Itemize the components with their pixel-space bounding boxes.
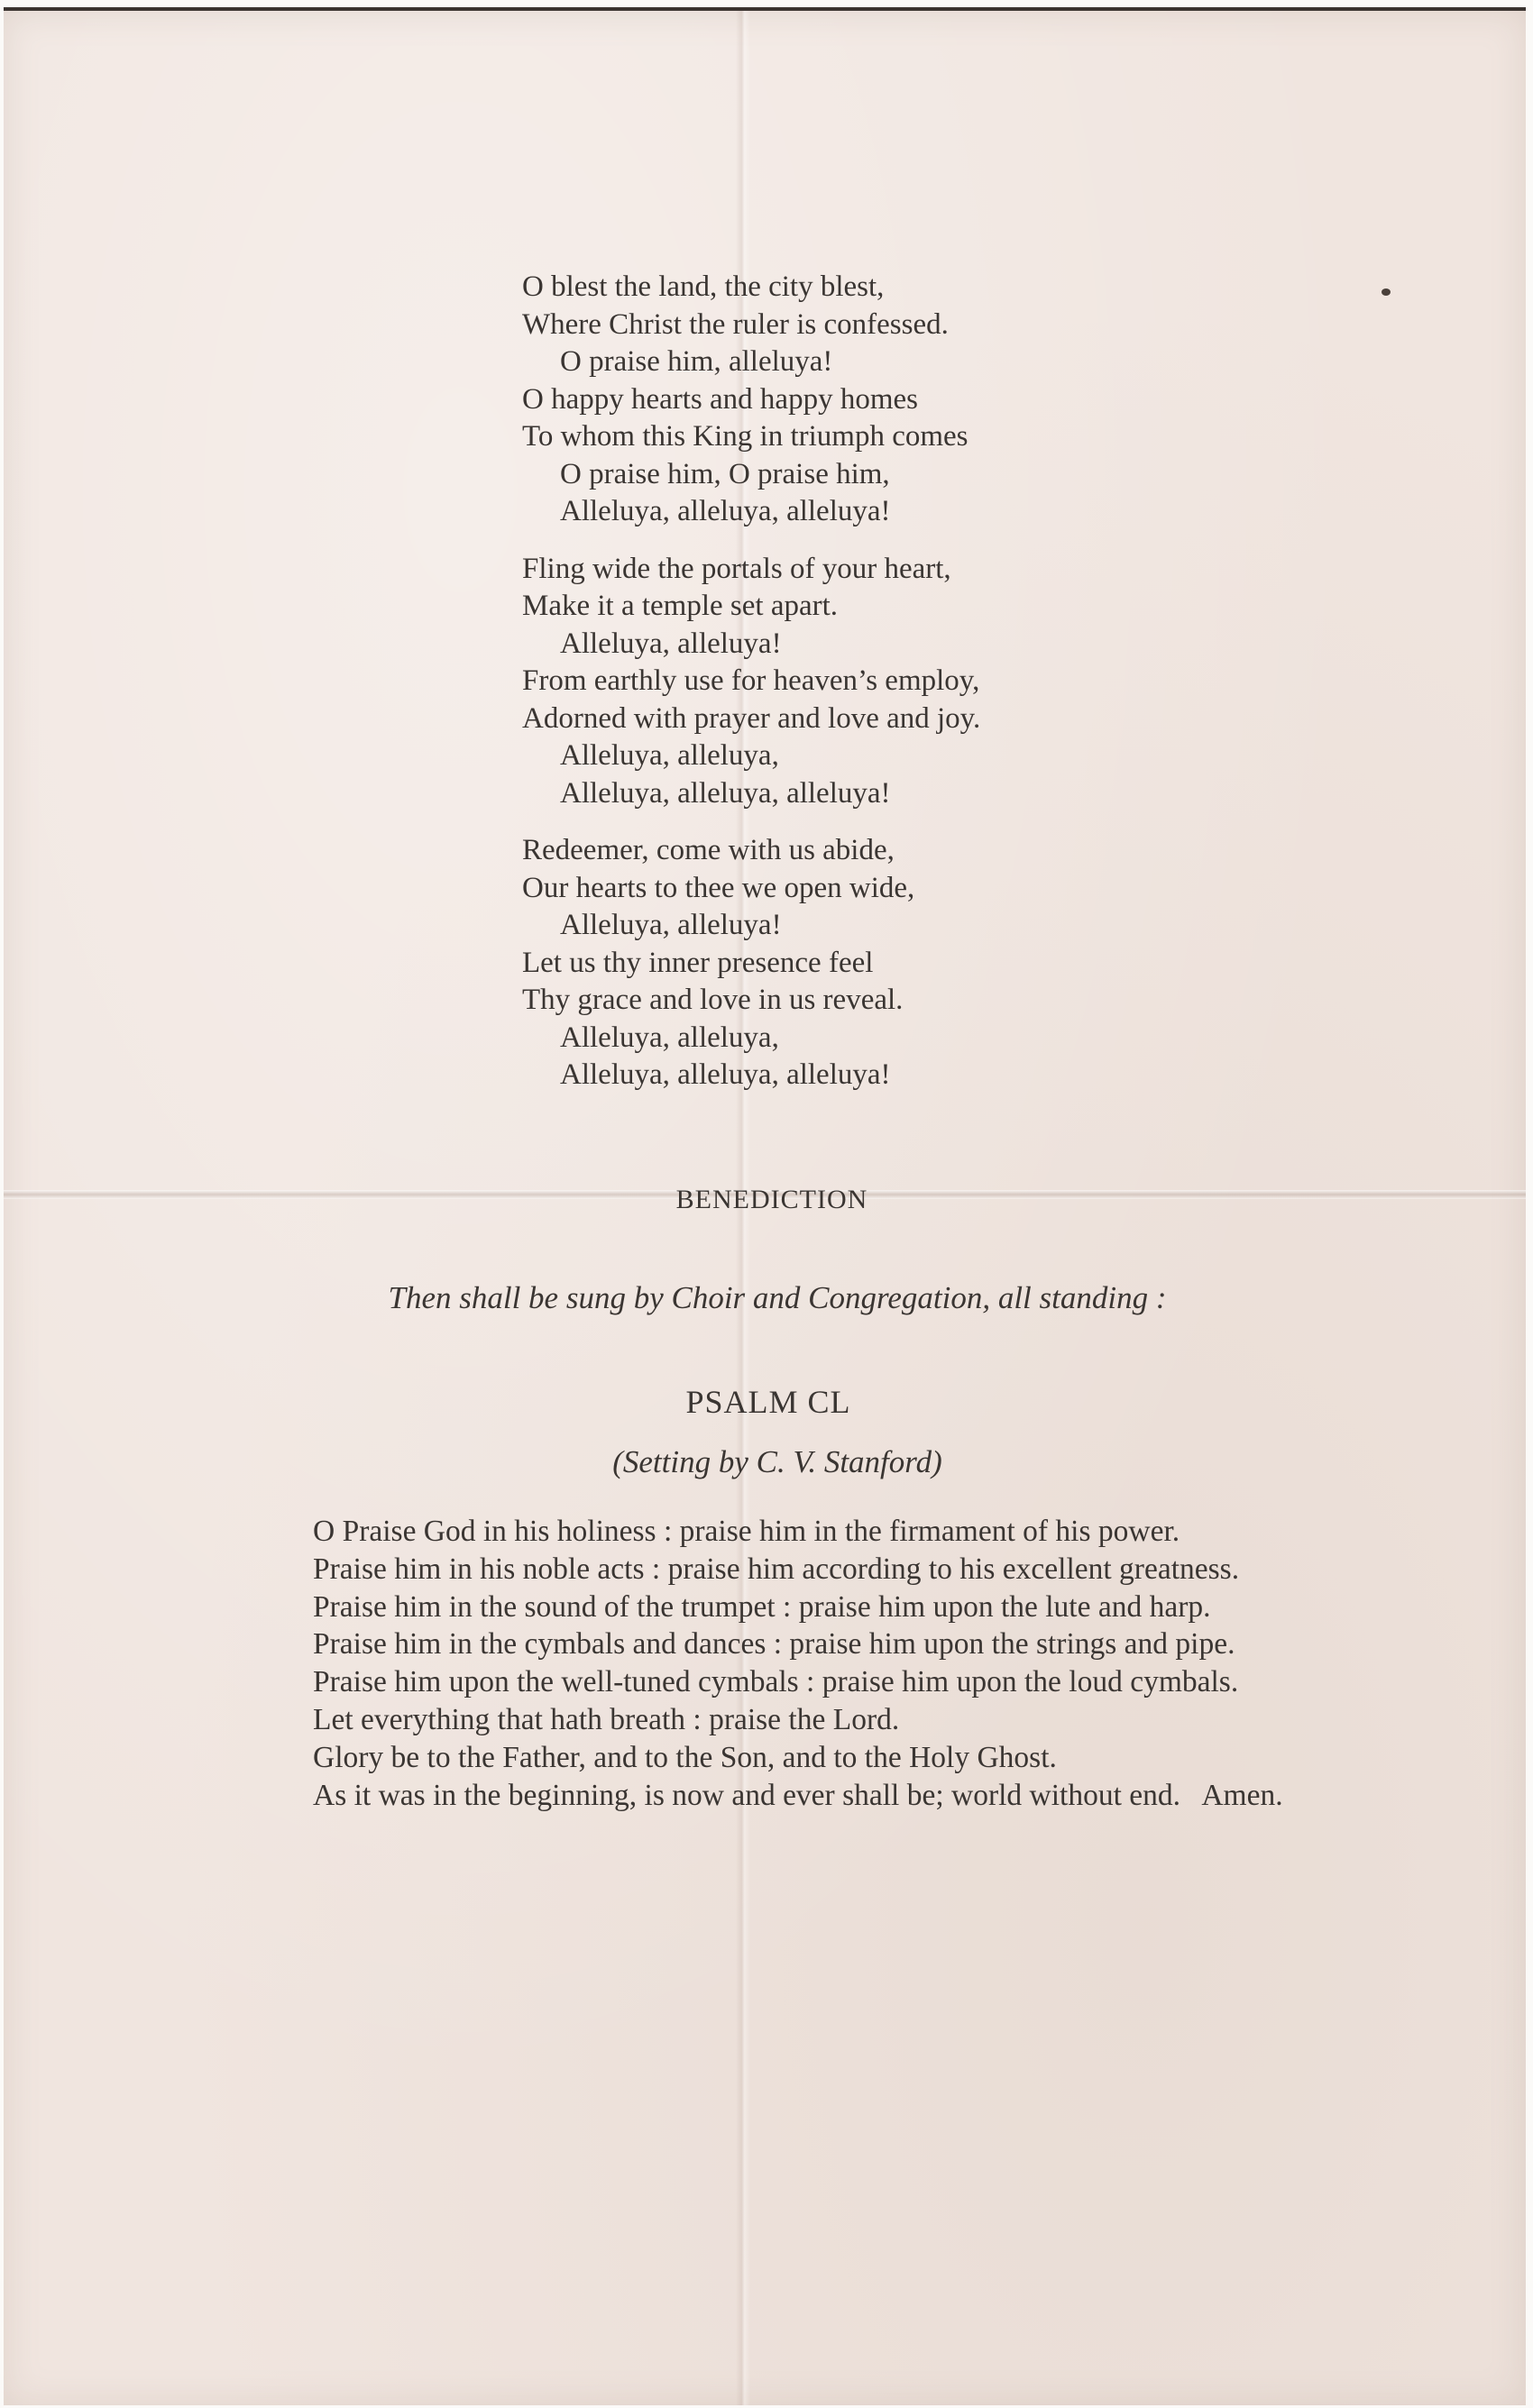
- hymn-refrain-line: O praise him, O praise him,: [522, 456, 980, 494]
- hymn-stanza: O blest the land, the city blest,Where C…: [522, 269, 980, 531]
- psalm-verse: Praise him upon the well-tuned cymbals :…: [313, 1663, 1305, 1701]
- hymn-line: Our hearts to thee we open wide,: [522, 870, 980, 908]
- hymn-stanza: Fling wide the portals of your heart,Mak…: [522, 551, 980, 813]
- hymn-line: Adorned with prayer and love and joy.: [522, 700, 980, 738]
- hymn-line: Fling wide the portals of your heart,: [522, 551, 980, 589]
- hymn-stanza: Redeemer, come with us abide,Our hearts …: [522, 832, 980, 1094]
- hymn-refrain-line: Alleluya, alleluya, alleluya!: [522, 775, 980, 813]
- hymn-line: From earthly use for heaven’s employ,: [522, 663, 980, 700]
- printed-sheet: O blest the land, the city blest,Where C…: [4, 7, 1526, 2405]
- psalm-verse: As it was in the beginning, is now and e…: [313, 1777, 1305, 1815]
- hymn-line: O blest the land, the city blest,: [522, 269, 980, 307]
- hymn-refrain-line: Alleluya, alleluya,: [522, 737, 980, 775]
- hymn-text: O blest the land, the city blest,Where C…: [522, 269, 980, 1114]
- benediction-heading: BENEDICTION: [4, 1185, 1533, 1215]
- psalm-setting-credit: (Setting by C. V. Stanford): [4, 1444, 1533, 1480]
- psalm-title: PSALM CL: [4, 1383, 1529, 1421]
- hymn-refrain-line: Alleluya, alleluya!: [522, 907, 980, 945]
- hymn-line: Let us thy inner presence feel: [522, 945, 980, 983]
- psalm-text: O Praise God in his holiness : praise hi…: [313, 1513, 1305, 1814]
- psalm-verse: Praise him in the sound of the trumpet :…: [313, 1589, 1305, 1626]
- hymn-refrain-line: Alleluya, alleluya!: [522, 626, 980, 664]
- hymn-line: Thy grace and love in us reveal.: [522, 982, 980, 1020]
- psalm-verse: Praise him in his noble acts : praise hi…: [313, 1551, 1305, 1589]
- hymn-refrain-line: O praise him, alleluya!: [522, 343, 980, 381]
- hymn-line: Make it a temple set apart.: [522, 588, 980, 626]
- psalm-verse: Praise him in the cymbals and dances : p…: [313, 1625, 1305, 1663]
- psalm-verse: Let everything that hath breath : praise…: [313, 1701, 1305, 1739]
- hymn-line: To whom this King in triumph comes: [522, 418, 980, 456]
- hymn-refrain-line: Alleluya, alleluya, alleluya!: [522, 493, 980, 531]
- hymn-refrain-line: Alleluya, alleluya, alleluya!: [522, 1057, 980, 1094]
- hymn-line: Where Christ the ruler is confessed.: [522, 307, 980, 344]
- hymn-line: O happy hearts and happy homes: [522, 381, 980, 419]
- psalm-verse: O Praise God in his holiness : praise hi…: [313, 1513, 1305, 1551]
- ink-speck: [1382, 288, 1391, 296]
- psalm-verse: Glory be to the Father, and to the Son, …: [313, 1739, 1305, 1777]
- rubric-instruction: Then shall be sung by Choir and Congrega…: [4, 1280, 1533, 1316]
- hymn-line: Redeemer, come with us abide,: [522, 832, 980, 870]
- hymn-refrain-line: Alleluya, alleluya,: [522, 1020, 980, 1058]
